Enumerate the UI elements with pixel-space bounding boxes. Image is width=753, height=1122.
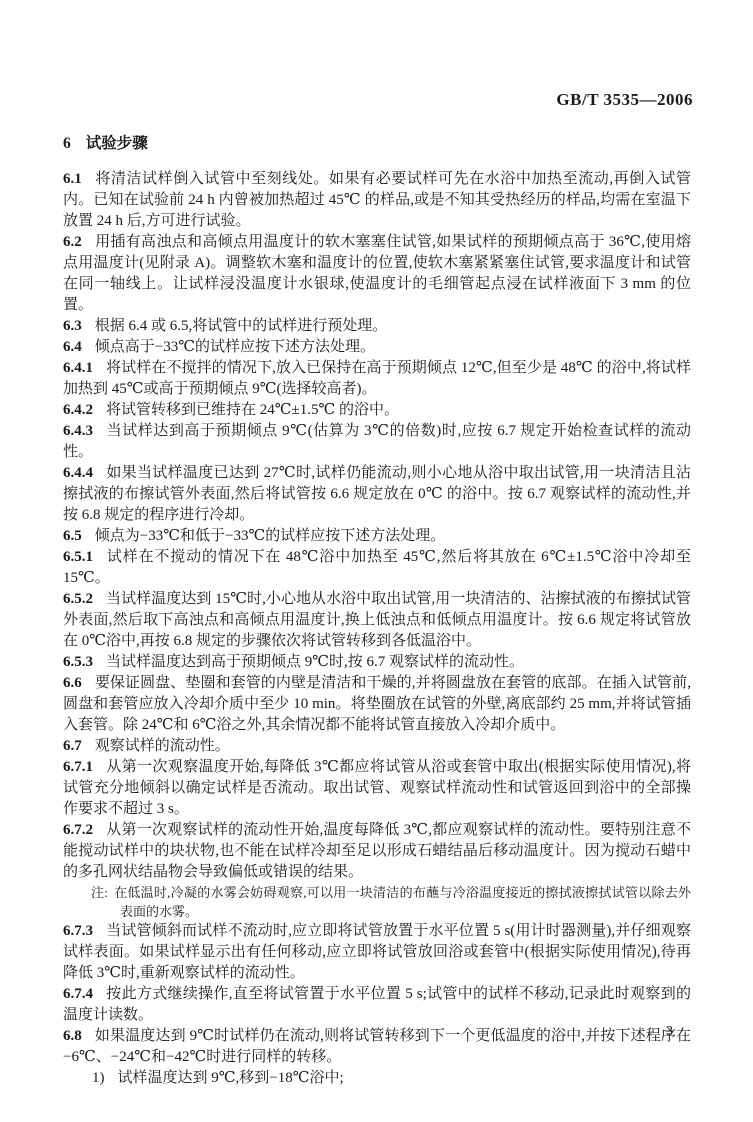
clause-text: 从第一次观察温度开始,每降低 3℃都应将试管从浴或套管中取出(根据实际使用情况)… bbox=[63, 759, 691, 817]
clause-6-4-4: 6.4.4如果当试样温度已达到 27℃时,试样仍能流动,则小心地从浴中取出试管,… bbox=[63, 463, 691, 526]
clause-6-8: 6.8如果温度达到 9℃时试样仍在流动,则将试管转移到下一个更低温度的浴中,并按… bbox=[63, 1026, 691, 1068]
clause-6-4-3: 6.4.3当试样达到高于预期倾点 9℃(估算为 3℃的倍数)时,应按 6.7 规… bbox=[63, 421, 691, 463]
numbered-list-item-1: 1)试样温度达到 9℃,移到−18℃浴中; bbox=[63, 1068, 691, 1089]
clause-number: 6.5.3 bbox=[63, 654, 93, 670]
clause-text: 根据 6.4 或 6.5,将试管中的试样进行预处理。 bbox=[95, 318, 388, 334]
note-label: 注: bbox=[91, 885, 108, 900]
section-heading: 6试验步骤 bbox=[63, 133, 691, 155]
clause-number: 6.1 bbox=[63, 171, 82, 187]
clause-6-5-3: 6.5.3当试样温度达到高于预期倾点 9℃时,按 6.7 观察试样的流动性。 bbox=[63, 652, 691, 673]
clause-6-2: 6.2用插有高浊点和高倾点用温度计的软木塞塞住试管,如果试样的预期倾点高于 36… bbox=[63, 232, 691, 316]
standard-number: GB/T 3535—2006 bbox=[556, 90, 693, 110]
clause-text: 如果温度达到 9℃时试样仍在流动,则将试管转移到下一个更低温度的浴中,并按下述程… bbox=[63, 1028, 691, 1065]
clause-number: 6.7.2 bbox=[63, 822, 93, 838]
clause-number: 6.2 bbox=[63, 234, 82, 250]
clause-6-4-1: 6.4.1将试样在不搅拌的情况下,放入已保持在高于预期倾点 12℃,但至少是 4… bbox=[63, 358, 691, 400]
clause-number: 6.4.4 bbox=[63, 465, 93, 481]
list-marker: 1) bbox=[92, 1070, 105, 1086]
clause-number: 6.5 bbox=[63, 528, 82, 544]
clause-6-7: 6.7观察试样的流动性。 bbox=[63, 736, 691, 757]
clause-number: 6.6 bbox=[63, 675, 82, 691]
clause-text: 按此方式继续操作,直至将试管置于水平位置 5 s;试管中的试样不移动,记录此时观… bbox=[63, 986, 691, 1023]
clause-number: 6.3 bbox=[63, 318, 82, 334]
clause-number: 6.4.1 bbox=[63, 360, 93, 376]
page-content: 6试验步骤 6.1将清洁试样倒入试管中至刻线处。如果有必要试样可先在水浴中加热至… bbox=[63, 133, 691, 1089]
clause-number: 6.4 bbox=[63, 339, 82, 355]
clause-text: 用插有高浊点和高倾点用温度计的软木塞塞住试管,如果试样的预期倾点高于 36℃,使… bbox=[63, 234, 691, 313]
document-page: GB/T 3535—2006 6试验步骤 6.1将清洁试样倒入试管中至刻线处。如… bbox=[0, 0, 753, 1122]
note-text: 在低温时,冷凝的水雾会妨碍观察,可以用一块清洁的布蘸与冷浴温度接近的擦拭液擦拭试… bbox=[114, 885, 691, 919]
clause-text: 倾点为−33℃和低于−33℃的试样应按下述方法处理。 bbox=[95, 528, 445, 544]
clause-text: 将试管转移到已维持在 24℃±1.5℃ 的浴中。 bbox=[106, 402, 399, 418]
clause-number: 6.7.3 bbox=[63, 923, 93, 939]
clause-text: 当试样达到高于预期倾点 9℃(估算为 3℃的倍数)时,应按 6.7 规定开始检查… bbox=[63, 423, 691, 460]
clause-text: 如果当试样温度已达到 27℃时,试样仍能流动,则小心地从浴中取出试管,用一块清洁… bbox=[63, 465, 691, 523]
clause-6-7-2: 6.7.2从第一次观察试样的流动性开始,温度每降低 3℃,都应观察试样的流动性。… bbox=[63, 820, 691, 883]
clause-6-5: 6.5倾点为−33℃和低于−33℃的试样应按下述方法处理。 bbox=[63, 526, 691, 547]
clause-text: 当试管倾斜而试样不流动时,应立即将试管放置于水平位置 5 s(用计时器测量),并… bbox=[63, 923, 691, 981]
clause-text: 试样在不搅动的情况下在 48℃浴中加热至 45℃,然后将其放在 6℃±1.5℃浴… bbox=[63, 549, 691, 586]
clause-text: 当试样温度达到高于预期倾点 9℃时,按 6.7 观察试样的流动性。 bbox=[106, 654, 524, 670]
clause-number: 6.4.2 bbox=[63, 402, 93, 418]
clause-text: 当试样温度达到 15℃时,小心地从水浴中取出试管,用一块清洁的、沾擦拭液的布擦拭… bbox=[63, 591, 691, 649]
clause-6-4: 6.4倾点高于−33℃的试样应按下述方法处理。 bbox=[63, 337, 691, 358]
clause-6-6: 6.6要保证圆盘、垫圈和套管的内壁是清洁和干燥的,并将圆盘放在套管的底部。在插入… bbox=[63, 673, 691, 736]
clause-text: 将试样在不搅拌的情况下,放入已保持在高于预期倾点 12℃,但至少是 48℃ 的浴… bbox=[63, 360, 691, 397]
clause-text: 从第一次观察试样的流动性开始,温度每降低 3℃,都应观察试样的流动性。要特别注意… bbox=[63, 822, 691, 880]
clause-text: 倾点高于−33℃的试样应按下述方法处理。 bbox=[95, 339, 375, 355]
section-number: 6 bbox=[63, 135, 71, 152]
clause-6-4-2: 6.4.2将试管转移到已维持在 24℃±1.5℃ 的浴中。 bbox=[63, 400, 691, 421]
clause-number: 6.5.2 bbox=[63, 591, 93, 607]
note: 注:在低温时,冷凝的水雾会妨碍观察,可以用一块清洁的布蘸与冷浴温度接近的擦拭液擦… bbox=[63, 883, 691, 921]
clause-6-1: 6.1将清洁试样倒入试管中至刻线处。如果有必要试样可先在水浴中加热至流动,再倒入… bbox=[63, 169, 691, 232]
page-number: 3 bbox=[666, 1024, 673, 1040]
clause-number: 6.5.1 bbox=[63, 549, 93, 565]
clause-number: 6.7.4 bbox=[63, 986, 93, 1002]
list-item-text: 试样温度达到 9℃,移到−18℃浴中; bbox=[118, 1070, 344, 1086]
clause-text: 要保证圆盘、垫圈和套管的内壁是清洁和干燥的,并将圆盘放在套管的底部。在插入试管前… bbox=[63, 675, 691, 733]
clause-number: 6.7.1 bbox=[63, 759, 93, 775]
clause-6-7-3: 6.7.3当试管倾斜而试样不流动时,应立即将试管放置于水平位置 5 s(用计时器… bbox=[63, 921, 691, 984]
clause-number: 6.8 bbox=[63, 1028, 82, 1044]
clause-number: 6.4.3 bbox=[63, 423, 93, 439]
clause-6-5-2: 6.5.2当试样温度达到 15℃时,小心地从水浴中取出试管,用一块清洁的、沾擦拭… bbox=[63, 589, 691, 652]
section-title: 试验步骤 bbox=[86, 135, 148, 152]
clause-6-7-1: 6.7.1从第一次观察温度开始,每降低 3℃都应将试管从浴或套管中取出(根据实际… bbox=[63, 757, 691, 820]
clause-number: 6.7 bbox=[63, 738, 82, 754]
clause-text: 观察试样的流动性。 bbox=[95, 738, 230, 754]
clause-6-5-1: 6.5.1试样在不搅动的情况下在 48℃浴中加热至 45℃,然后将其放在 6℃±… bbox=[63, 547, 691, 589]
clause-6-7-4: 6.7.4按此方式继续操作,直至将试管置于水平位置 5 s;试管中的试样不移动,… bbox=[63, 984, 691, 1026]
clause-6-3: 6.3根据 6.4 或 6.5,将试管中的试样进行预处理。 bbox=[63, 316, 691, 337]
clause-text: 将清洁试样倒入试管中至刻线处。如果有必要试样可先在水浴中加热至流动,再倒入试管内… bbox=[63, 171, 691, 229]
